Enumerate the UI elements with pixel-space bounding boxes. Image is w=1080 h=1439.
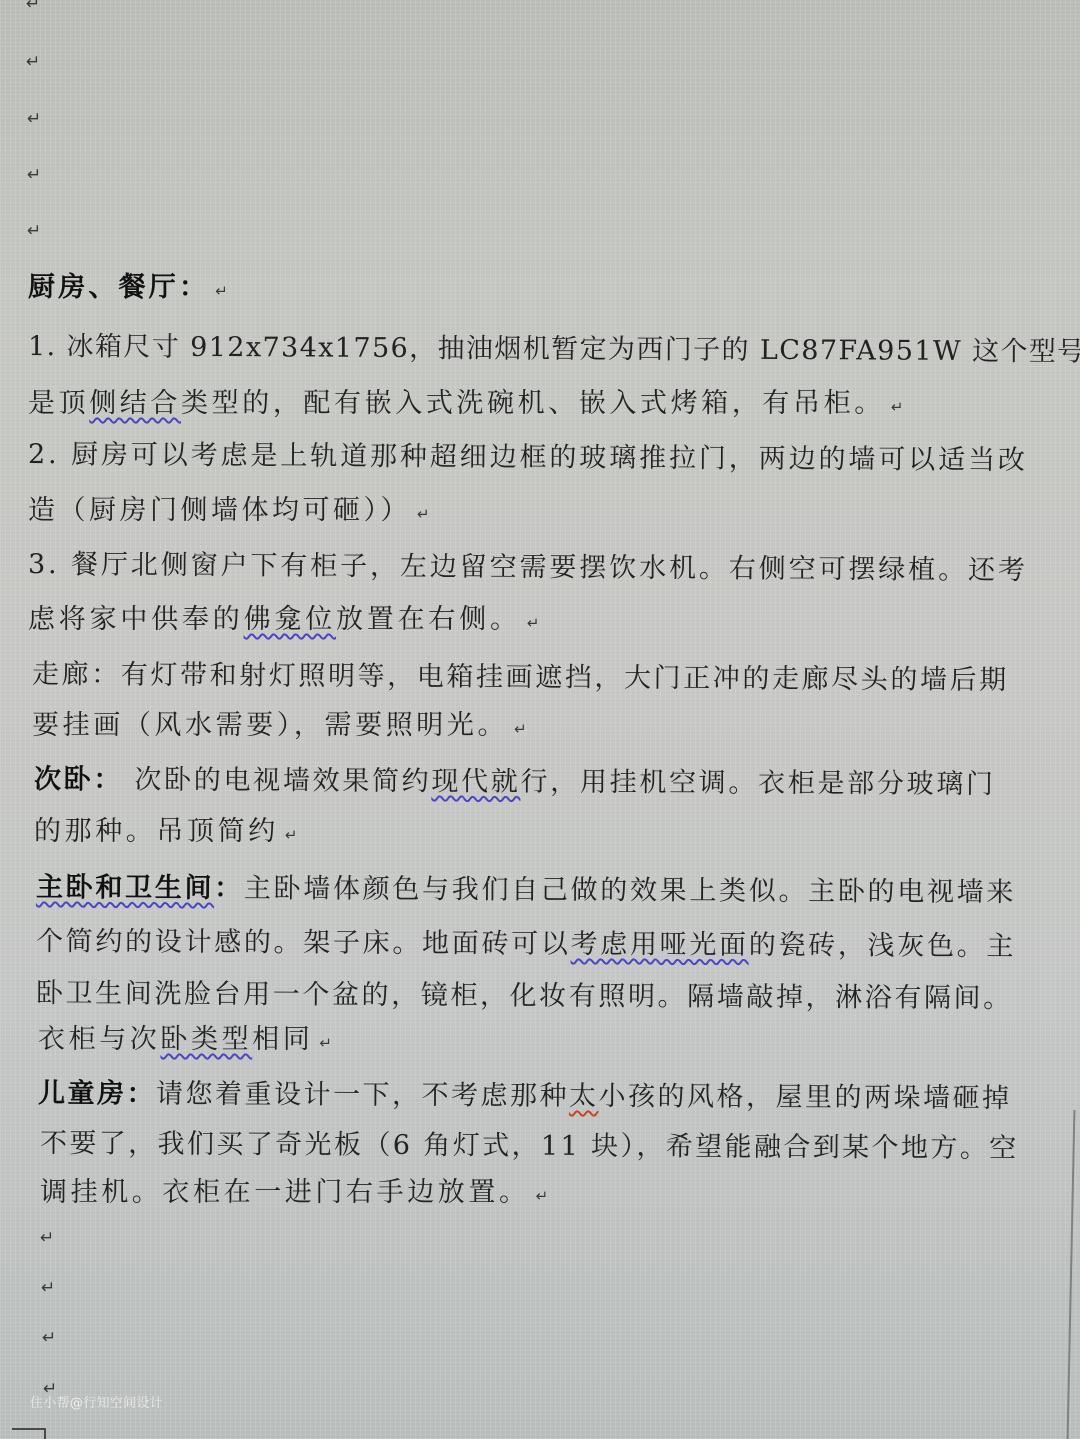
section-heading-corridor: 走廊：	[32, 659, 121, 691]
line-text: 有灯带和射灯照明等，电箱挂画遮挡，大门正冲的走廊尽头的墙后期	[121, 660, 1009, 696]
line-text: 2. 厨房可以考虑是上轨道那种超细边框的玻璃推拉门，两边的墙可以适当改	[28, 439, 1028, 476]
grammar-flagged-text[interactable]: 卧类型	[160, 1024, 252, 1055]
body-line: 卧卫生间洗脸台用一个盆的，镜柜，化妆有照明。隔墙敲掉，淋浴有隔间。	[36, 980, 1013, 1012]
section-heading-master-bedroom[interactable]: 主卧和卫生间	[36, 872, 214, 904]
paragraph-mark-icon: ↵	[41, 1280, 55, 1297]
line-text: 不要了，我们买了奇光板（6 角灯式，11 块），希望能融合到某个地方。空	[40, 1128, 1019, 1164]
document-page[interactable]: ↵ ↵ ↵ ↵ ↵ 厨房、餐厅：↵ 1. 冰箱尺寸 912x734x1756，抽…	[0, 0, 1080, 1439]
line-text: 造（厨房门侧墙体均可砸））	[28, 495, 411, 526]
line-text: 3. 餐厅北侧窗户下有柜子，左边留空需要摆饮水机。右侧空可摆绿植。还考	[28, 549, 1028, 586]
paragraph-mark-icon: ↵	[536, 1187, 549, 1205]
line-text: 放置在右侧。	[336, 604, 521, 635]
grammar-flagged-text[interactable]: 佛龛位	[244, 604, 336, 635]
paragraph-mark-icon: ↵	[891, 398, 904, 416]
paragraph-mark-icon: ↵	[40, 1230, 54, 1247]
body-line: 造（厨房门侧墙体均可砸））↵	[28, 497, 430, 524]
paragraph-mark-icon: ↵	[514, 720, 527, 738]
line-text: 的瓷砖，浅灰色。主	[749, 930, 1016, 962]
line-text: 调挂机。衣柜在一进门右手边放置。	[40, 1177, 530, 1208]
line-text: 类型的，配有嵌入式洗碗机、嵌入式烤箱，有吊柜。	[181, 388, 885, 419]
body-line: 不要了，我们买了奇光板（6 角灯式，11 块），希望能融合到某个地方。空	[40, 1130, 1019, 1162]
paragraph-mark-icon: ↵	[26, 54, 40, 71]
line-text: 的那种。吊顶简约	[34, 816, 279, 847]
section-heading-kitchen-dining: 厨房、餐厅：↵	[28, 274, 228, 301]
heading-colon: ：	[214, 873, 244, 904]
line-text: 请您着重设计一下，不考虑那种	[156, 1079, 569, 1112]
paragraph-mark-icon: ↵	[42, 1330, 56, 1347]
body-line: 个简约的设计感的。架子床。地面砖可以考虑用哑光面的瓷砖，浅灰色。主	[36, 928, 1016, 960]
watermark-text: 住小帮@行知空间设计	[30, 1392, 163, 1411]
paragraph-mark-icon: ↵	[27, 167, 41, 184]
paragraph-mark-icon: ↵	[27, 111, 41, 128]
line-text: 次卧的电视墙效果简约	[123, 764, 431, 797]
paragraph-mark-icon: ↵	[215, 282, 228, 300]
paragraph-mark-icon: ↵	[319, 1034, 332, 1052]
body-line: 是顶侧结合类型的，配有嵌入式洗碗机、嵌入式烤箱，有吊柜。↵	[28, 390, 903, 417]
line-text: 小孩的风格，屋里的两垛墙砸掉	[598, 1081, 1011, 1114]
body-line-corridor: 走廊：有灯带和射灯照明等，电箱挂画遮挡，大门正冲的走廊尽头的墙后期	[32, 661, 1009, 694]
page-corner-bracket	[12, 1428, 46, 1439]
line-text: 主卧墙体颜色与我们自己做的效果上类似。主卧的电视墙来	[244, 873, 1016, 908]
body-line-master-bedroom: 主卧和卫生间：主卧墙体颜色与我们自己做的效果上类似。主卧的电视墙来	[36, 874, 1016, 906]
body-line: 虑将家中供奉的佛龛位放置在右侧。↵	[28, 606, 539, 633]
paragraph-mark-icon: ↵	[285, 826, 298, 844]
body-line: 的那种。吊顶简约↵	[34, 818, 297, 845]
line-text: 行，用挂机空调。衣柜是部分玻璃门	[520, 767, 995, 800]
body-line: 3. 餐厅北侧窗户下有柜子，左边留空需要摆饮水机。右侧空可摆绿植。还考	[28, 551, 1028, 584]
line-text: 衣柜与次	[38, 1024, 160, 1055]
section-heading-second-bedroom: 次卧：	[34, 764, 123, 795]
line-text: 相同	[252, 1024, 313, 1055]
paragraph-mark-icon: ↵	[417, 505, 430, 523]
line-text: 是顶	[28, 388, 89, 419]
spelling-flagged-text[interactable]: 太	[569, 1081, 599, 1112]
body-line: 要挂画（风水需要），需要照明光。↵	[32, 712, 527, 739]
grammar-flagged-text[interactable]: 考虑用哑光面	[571, 929, 749, 961]
section-heading-kids-room: 儿童房：	[38, 1078, 156, 1110]
line-text: 要挂画（风水需要），需要照明光。	[32, 710, 508, 741]
body-line: 衣柜与次卧类型相同↵	[38, 1026, 332, 1053]
grammar-flagged-text[interactable]: 侧结合	[89, 388, 181, 419]
grammar-flagged-text[interactable]: 现代就	[431, 766, 520, 797]
paragraph-mark-icon: ↵	[527, 614, 540, 632]
paragraph-mark-icon: ↵	[26, 0, 40, 13]
body-line-kids-room: 儿童房：请您着重设计一下，不考虑那种太小孩的风格，屋里的两垛墙砸掉	[38, 1080, 1012, 1112]
line-text: 虑将家中供奉的	[28, 604, 244, 635]
line-text: 个简约的设计感的。架子床。地面砖可以	[36, 926, 571, 960]
body-line: 调挂机。衣柜在一进门右手边放置。↵	[40, 1179, 548, 1206]
body-line: 1. 冰箱尺寸 912x734x1756，抽油烟机暂定为西门子的 LC87FA9…	[28, 333, 1080, 366]
paragraph-mark-icon: ↵	[27, 223, 41, 240]
body-line: 2. 厨房可以考虑是上轨道那种超细边框的玻璃推拉门，两边的墙可以适当改	[28, 441, 1028, 474]
body-line-second-bedroom: 次卧： 次卧的电视墙效果简约现代就行，用挂机空调。衣柜是部分玻璃门	[34, 766, 996, 798]
line-text: 卧卫生间洗脸台用一个盆的，镜柜，化妆有照明。隔墙敲掉，淋浴有隔间。	[36, 978, 1013, 1014]
heading-text: 厨房、餐厅：	[28, 272, 209, 303]
line-text: 1. 冰箱尺寸 912x734x1756，抽油烟机暂定为西门子的 LC87FA9…	[28, 331, 1080, 368]
